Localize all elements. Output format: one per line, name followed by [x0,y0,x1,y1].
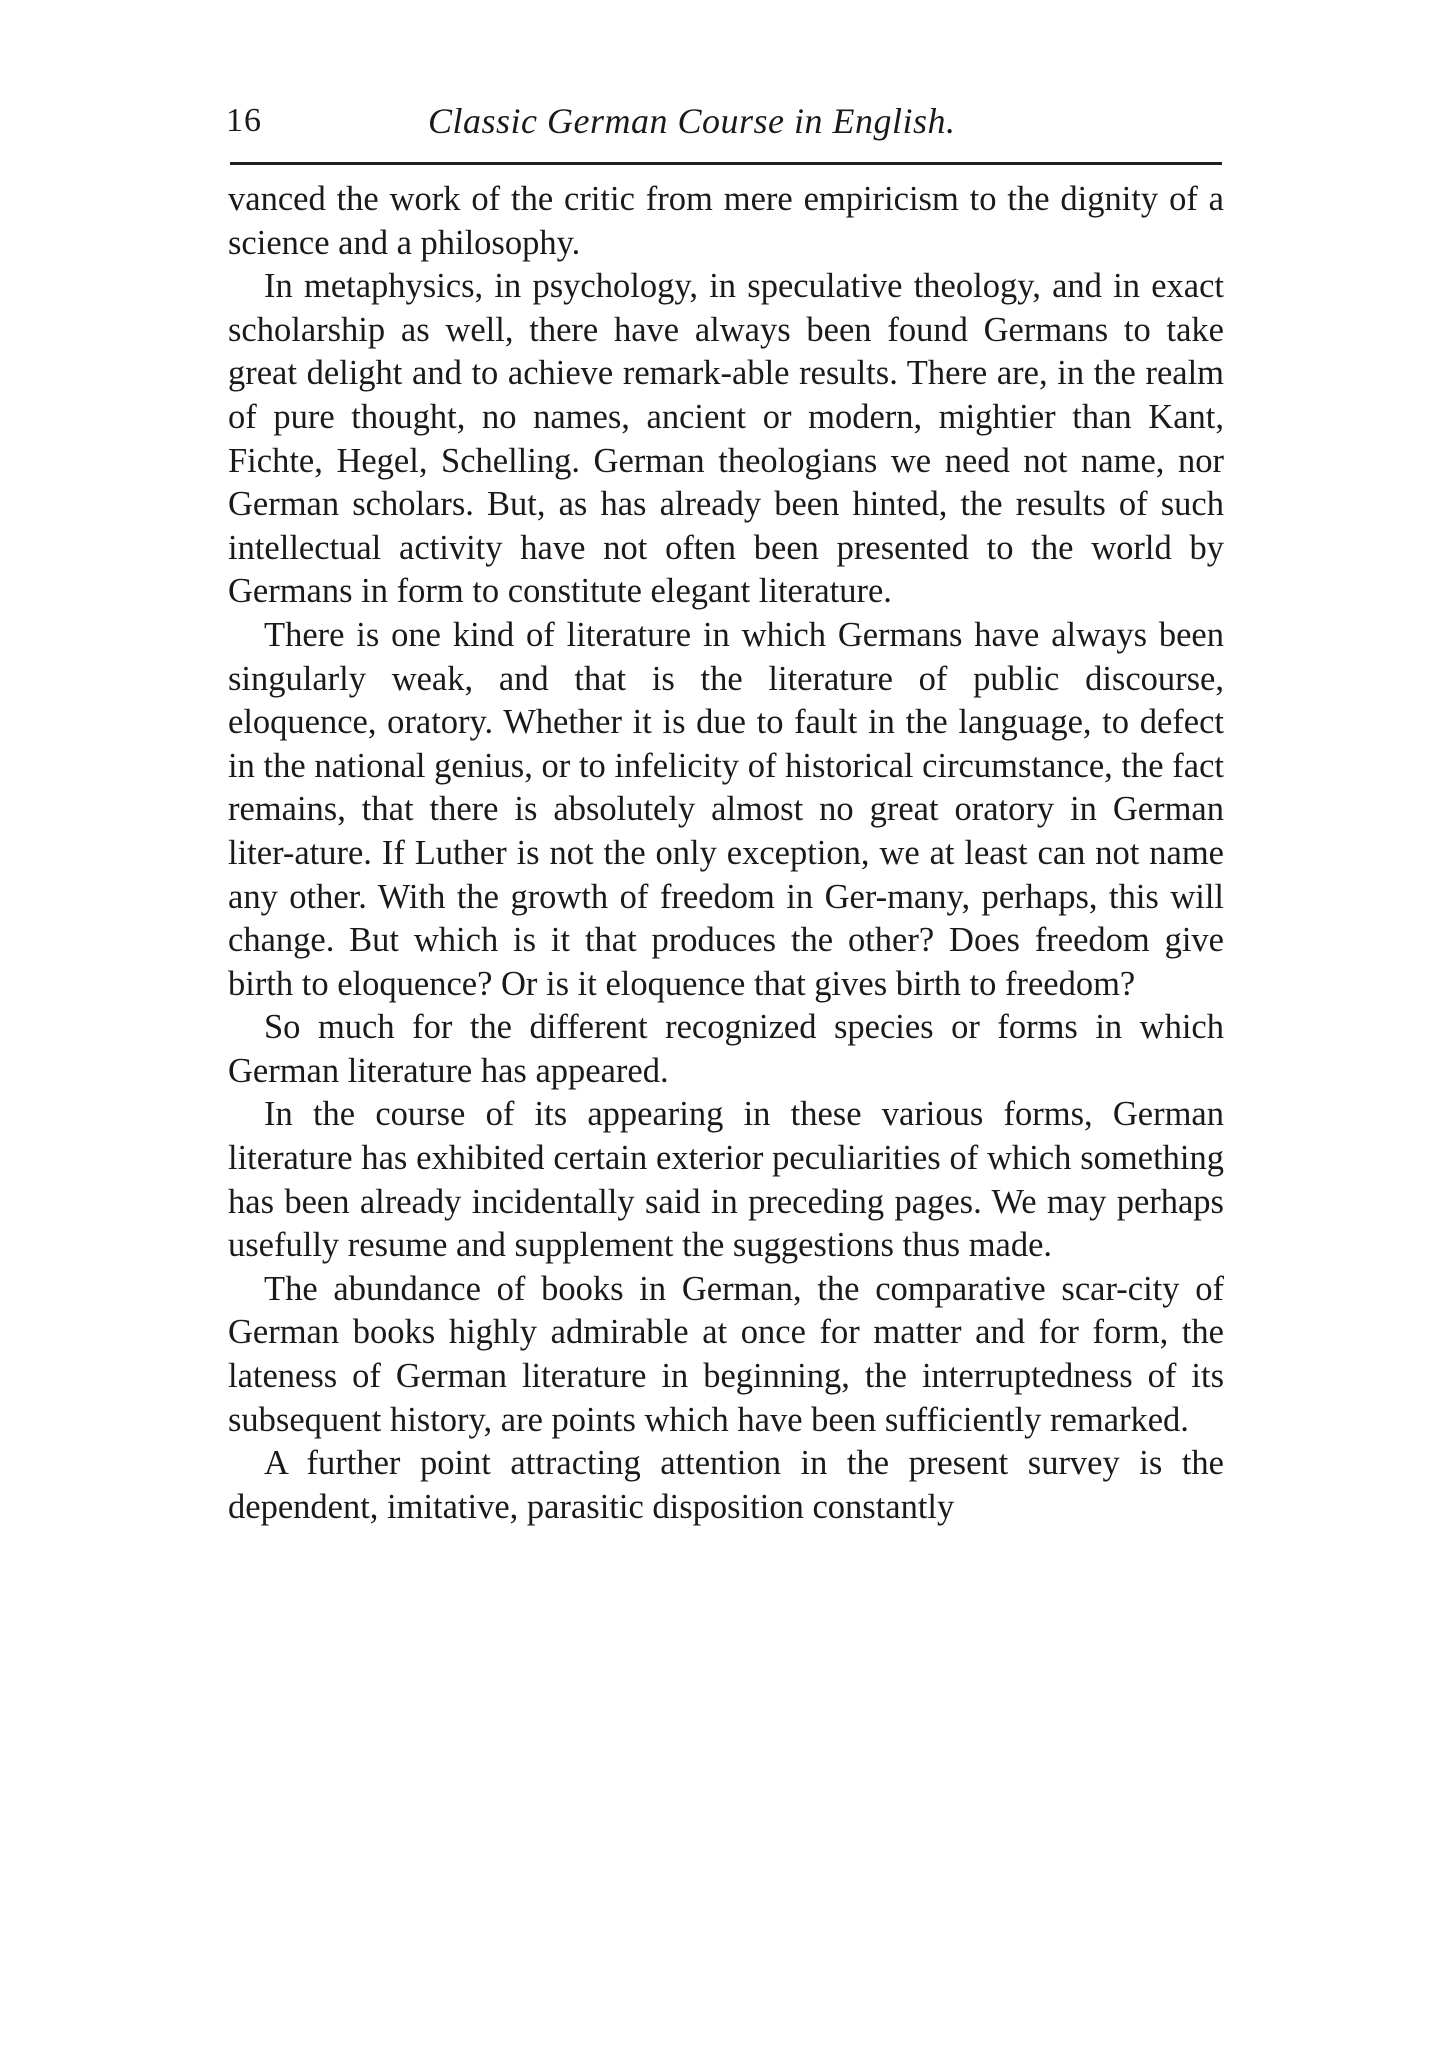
paragraph: vanced the work of the critic from mere … [228,178,1224,265]
header-rule [230,162,1222,165]
paragraph: There is one kind of literature in which… [228,614,1224,1006]
paragraph: The abundance of books in German, the co… [228,1268,1224,1442]
page-number: 16 [226,102,262,140]
paragraph: In the course of its appearing in these … [228,1093,1224,1267]
book-page: 16 Classic German Course in English. van… [0,0,1445,2051]
page-header: 16 Classic German Course in English. [226,98,1224,158]
body-text: vanced the work of the critic from mere … [228,178,1224,1529]
paragraph: In metaphysics, in psychology, in specul… [228,265,1224,614]
paragraph: A further point attracting attention in … [228,1442,1224,1529]
paragraph: So much for the different recognized spe… [228,1006,1224,1093]
running-title: Classic German Course in English. [428,100,956,142]
